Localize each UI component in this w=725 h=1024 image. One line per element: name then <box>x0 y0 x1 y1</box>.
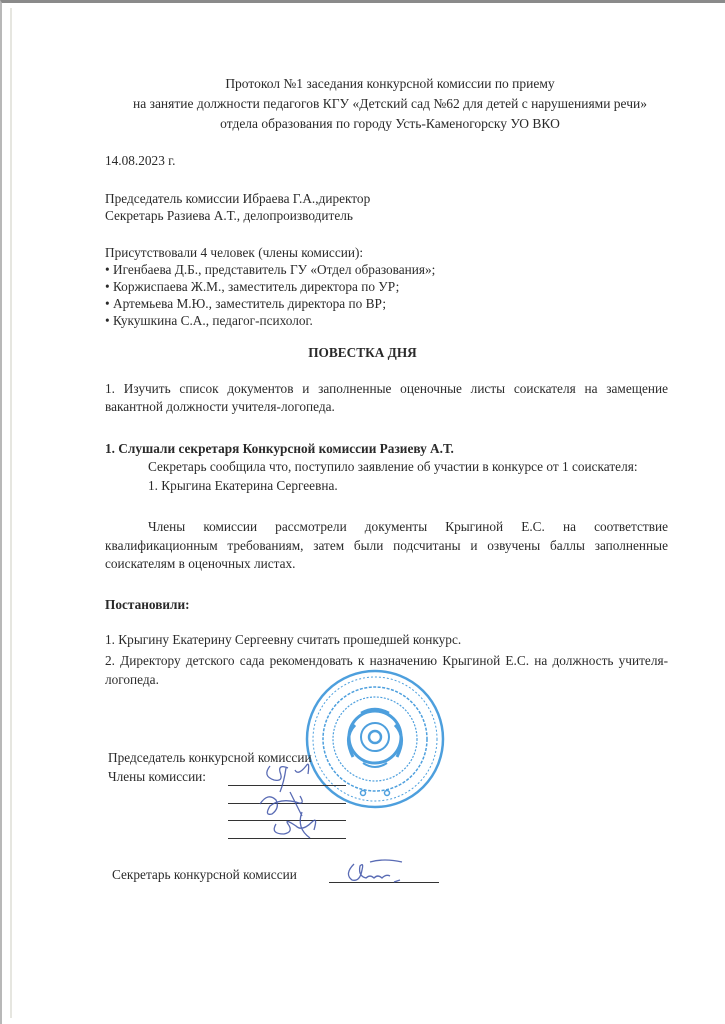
candidate-name: 1. Крыгина Екатерина Сергеевна. <box>148 477 338 496</box>
heard-heading: 1. Слушали секретаря Конкурсной комиссии… <box>105 440 454 459</box>
meeting-date: 14.08.2023 г. <box>105 152 175 171</box>
agenda-heading: ПОВЕСТКА ДНЯ <box>0 344 725 363</box>
attendee-item: • Игенбаева Д.Б., представитель ГУ «Отде… <box>105 261 435 280</box>
secretary-line: Секретарь Разиева А.Т., делопроизводител… <box>105 207 353 226</box>
review-paragraph: Члены комиссии рассмотрели документы Кры… <box>105 518 668 574</box>
document-title: Протокол №1 заседания конкурсной комисси… <box>100 74 680 134</box>
document-body: Протокол №1 заседания конкурсной комисси… <box>0 0 725 1024</box>
attendee-item: • Артемьева М.Ю., заместитель директора … <box>105 295 386 314</box>
attendee-item: • Коржиспаева Ж.М., заместитель директор… <box>105 278 399 297</box>
attendees-intro: Присутствовали 4 человек (члены комиссии… <box>105 244 363 263</box>
title-line-2: на занятие должности педагогов КГУ «Детс… <box>100 94 680 114</box>
title-line-1: Протокол №1 заседания конкурсной комисси… <box>100 74 680 94</box>
resolved-heading: Постановили: <box>105 596 190 615</box>
member-signatures-icon <box>240 752 350 852</box>
secretary-signature-label: Секретарь конкурсной комиссии <box>112 866 297 885</box>
heard-text: Секретарь сообщила что, поступило заявле… <box>148 458 638 477</box>
attendee-item: • Кукушкина С.А., педагог-психолог. <box>105 312 313 331</box>
resolution-item: 1. Крыгину Екатерину Сергеевну считать п… <box>105 631 461 650</box>
secretary-signature-icon <box>340 856 410 888</box>
members-signature-label: Члены комиссии: <box>108 768 206 787</box>
chairman-line: Председатель комиссии Ибраева Г.А.,дирек… <box>105 190 370 209</box>
title-line-3: отдела образования по городу Усть-Камено… <box>100 114 680 134</box>
agenda-item: 1. Изучить список документов и заполненн… <box>105 380 668 416</box>
